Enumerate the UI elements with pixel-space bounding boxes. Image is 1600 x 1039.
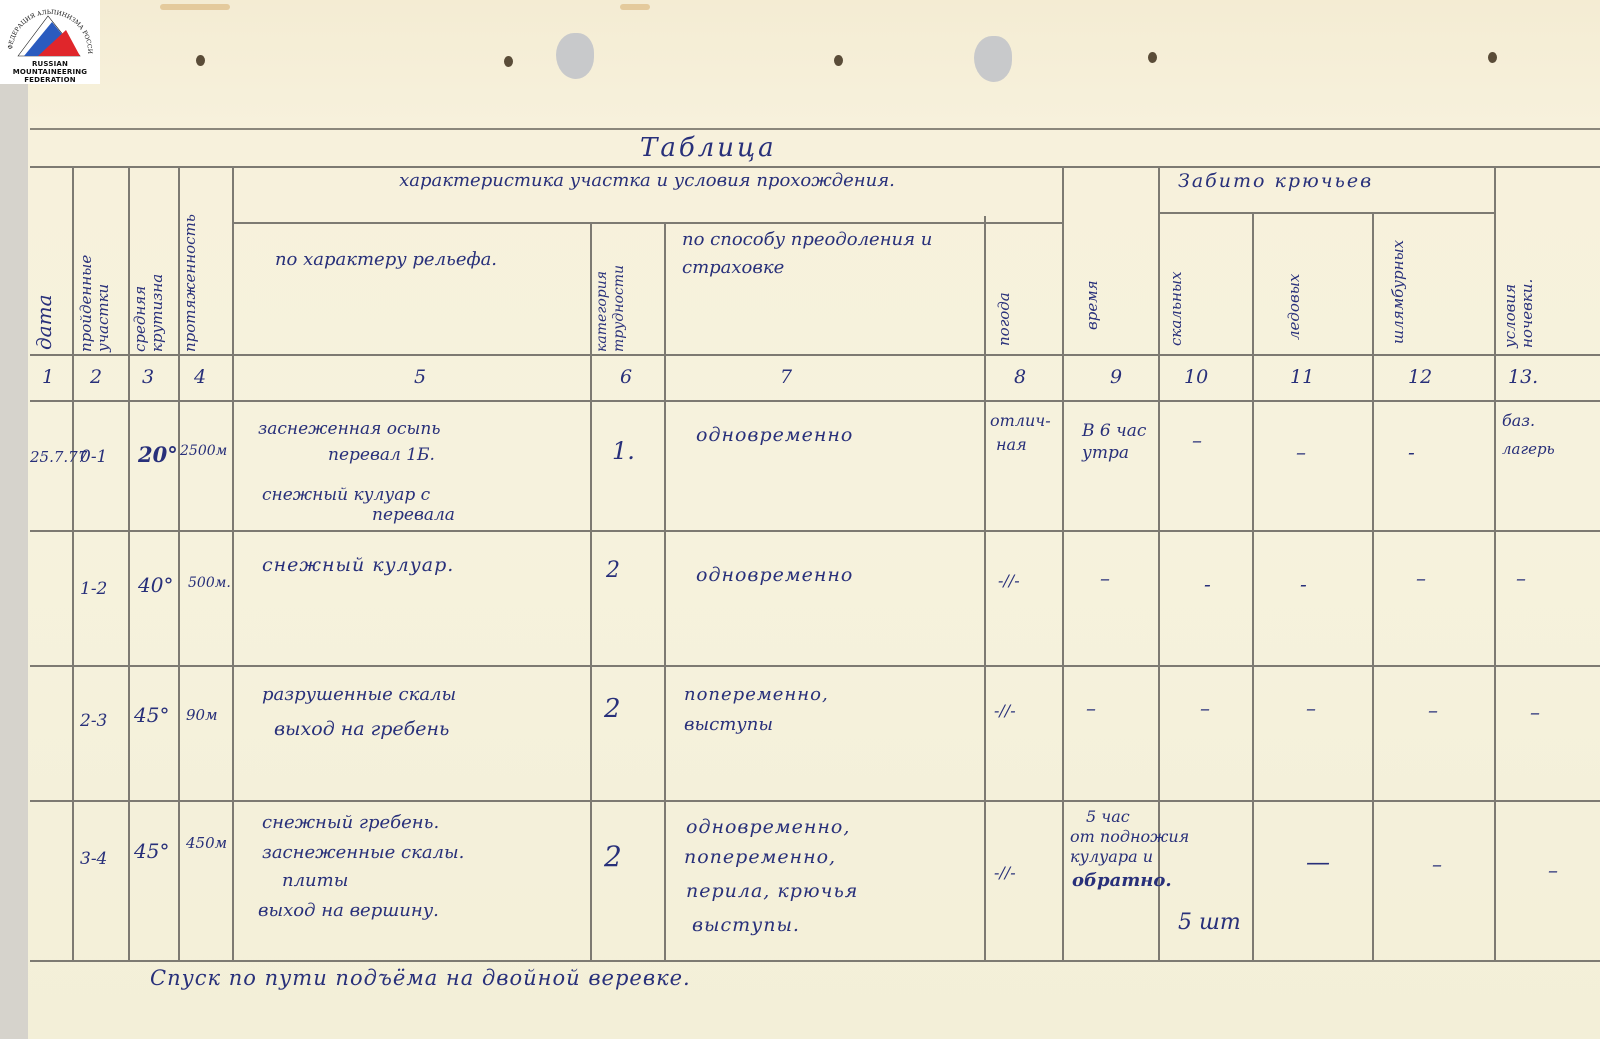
header-steepness: средняя крутизна bbox=[132, 222, 166, 352]
header-sections: пройденные участки bbox=[78, 192, 112, 352]
header-rock-pitons: скальных bbox=[1168, 271, 1185, 346]
table-border bbox=[984, 216, 986, 960]
header-category: категория трудности bbox=[594, 222, 628, 352]
header-weather: погода bbox=[996, 292, 1013, 346]
column-number: 2 bbox=[90, 366, 102, 388]
cell-time: – bbox=[1100, 566, 1110, 590]
cell-length: 2500м bbox=[180, 440, 227, 462]
table-border bbox=[178, 166, 180, 960]
footer-note: Спуск по пути подъёма на двойной веревке… bbox=[150, 966, 691, 990]
table-border bbox=[30, 960, 1600, 962]
punch-hole bbox=[196, 55, 205, 66]
table-border bbox=[1158, 212, 1496, 214]
cell-weather: -//- bbox=[998, 570, 1020, 592]
table-border bbox=[664, 222, 666, 960]
cell-method: одновременно bbox=[696, 424, 853, 446]
table-border bbox=[1062, 166, 1064, 960]
cell-relief: снежный гребень. bbox=[262, 812, 439, 834]
column-number: 1 bbox=[42, 366, 54, 388]
cell-bivouac: лагерь bbox=[1502, 438, 1555, 460]
cell-bolts: - bbox=[1408, 440, 1415, 464]
table-border bbox=[590, 222, 592, 960]
header-relief: по характеру рельефа. bbox=[256, 240, 516, 280]
cell-bivouac: – bbox=[1530, 700, 1540, 724]
column-number: 5 bbox=[414, 366, 426, 388]
table-border bbox=[72, 166, 74, 960]
cell-method: попеременно, bbox=[684, 684, 829, 706]
cell-section: 1-2 bbox=[80, 578, 107, 600]
cell-method: выступы. bbox=[692, 914, 800, 936]
cell-relief: перевала bbox=[372, 504, 455, 526]
header-time: время bbox=[1084, 280, 1101, 330]
header-bolts: шлямбурных bbox=[1390, 224, 1407, 344]
logo-text-line: MOUNTAINEERING bbox=[0, 68, 100, 76]
cell-section: 3-4 bbox=[80, 848, 107, 870]
header-date: дата bbox=[36, 295, 53, 351]
column-number: 9 bbox=[1110, 366, 1122, 388]
cell-time: кулуара и bbox=[1070, 846, 1153, 868]
binder-hole bbox=[974, 36, 1012, 82]
cell-steepness: 40° bbox=[138, 574, 173, 596]
cell-relief: плиты bbox=[282, 870, 348, 892]
cell-method: перила, крючья bbox=[686, 880, 858, 902]
cell-bolts: – bbox=[1416, 566, 1426, 590]
cell-relief: перевал 1Б. bbox=[328, 444, 435, 466]
column-number: 4 bbox=[194, 366, 206, 388]
cell-rock-pitons: – bbox=[1200, 696, 1210, 720]
table-border bbox=[1252, 212, 1254, 960]
table-border bbox=[1494, 166, 1496, 960]
cell-bivouac: баз. bbox=[1502, 410, 1535, 432]
cell-ice-pitons: - bbox=[1300, 572, 1307, 596]
cell-length: 500м. bbox=[188, 572, 231, 594]
table-border bbox=[232, 222, 1062, 224]
cell-steepness: 20° bbox=[138, 444, 178, 466]
table-border bbox=[232, 166, 234, 960]
cell-time: утра bbox=[1082, 442, 1129, 464]
cell-relief: заснеженные скалы. bbox=[262, 842, 464, 864]
cell-relief: снежный кулуар. bbox=[262, 554, 454, 576]
cell-ice-pitons: – bbox=[1296, 440, 1306, 464]
cell-time: от подножия bbox=[1070, 826, 1189, 848]
cell-bivouac: – bbox=[1516, 566, 1526, 590]
cell-bivouac: – bbox=[1548, 858, 1558, 882]
cell-weather: -//- bbox=[994, 700, 1016, 722]
header-length: протяженность bbox=[182, 172, 199, 352]
cell-ice-pitons: — bbox=[1306, 848, 1330, 876]
cell-relief: заснеженная осыпь bbox=[258, 418, 441, 440]
logo-text-line: FEDERATION bbox=[0, 76, 100, 84]
cell-category: 2 bbox=[604, 846, 622, 868]
cell-section: 2-3 bbox=[80, 710, 107, 732]
header-bivouac: условия ночевки. bbox=[1502, 228, 1536, 348]
table-border bbox=[30, 166, 1600, 168]
cell-relief: разрушенные скалы bbox=[262, 684, 456, 706]
cell-category: 2 bbox=[606, 560, 620, 582]
paper-stain bbox=[160, 4, 230, 10]
table-border bbox=[1372, 212, 1374, 960]
column-number: 12 bbox=[1408, 366, 1432, 388]
column-number: 8 bbox=[1014, 366, 1026, 388]
column-number: 11 bbox=[1290, 366, 1314, 388]
column-number: 7 bbox=[780, 366, 792, 388]
paper-stain bbox=[620, 4, 650, 10]
header-method: по способу преодоления и страховке bbox=[682, 226, 972, 282]
mountain-flag-icon: ФЕДЕРАЦИЯ АЛЬПИНИЗМА РОССИИ bbox=[0, 0, 100, 60]
table-border bbox=[30, 530, 1600, 532]
header-ice-pitons: ледовых bbox=[1286, 274, 1303, 340]
cell-ice-pitons: – bbox=[1306, 696, 1316, 720]
cell-method: попеременно, bbox=[684, 846, 836, 868]
cell-weather: отлич- bbox=[990, 410, 1051, 432]
punch-hole bbox=[504, 56, 513, 67]
ruled-line bbox=[30, 128, 1600, 130]
cell-relief: снежный кулуар с bbox=[262, 484, 430, 506]
document-title: Таблица bbox=[640, 133, 777, 163]
cell-steepness: 45° bbox=[134, 704, 169, 726]
punch-hole bbox=[834, 55, 843, 66]
cell-method: одновременно bbox=[696, 564, 853, 586]
cell-rock-pitons: 5 шт bbox=[1178, 912, 1241, 934]
logo-text-line: RUSSIAN bbox=[0, 60, 100, 68]
column-number: 3 bbox=[142, 366, 154, 388]
column-number: 10 bbox=[1184, 366, 1208, 388]
cell-rock-pitons: – bbox=[1192, 428, 1202, 452]
punch-hole bbox=[1148, 52, 1157, 63]
cell-bolts: – bbox=[1428, 698, 1438, 722]
cell-steepness: 45° bbox=[134, 840, 169, 862]
cell-length: 450м bbox=[186, 832, 227, 854]
cell-weather: ная bbox=[996, 434, 1027, 456]
cell-time: – bbox=[1086, 696, 1096, 720]
cell-relief: выход на вершину. bbox=[258, 900, 439, 922]
cell-method: выступы bbox=[684, 714, 773, 736]
cell-time: 5 час bbox=[1086, 806, 1130, 828]
cell-section: 0-1 bbox=[80, 446, 107, 468]
cell-weather: -//- bbox=[994, 862, 1016, 884]
cell-bolts: – bbox=[1432, 852, 1442, 876]
table-border bbox=[30, 800, 1600, 802]
cell-category: 1. bbox=[612, 440, 635, 462]
table-border bbox=[30, 354, 1600, 356]
column-number: 13. bbox=[1508, 366, 1538, 388]
binder-hole bbox=[556, 33, 594, 79]
header-group-pitons: Забито крючьев bbox=[1178, 170, 1373, 192]
table-border bbox=[128, 166, 130, 960]
table-border bbox=[30, 400, 1600, 402]
cell-length: 90м bbox=[186, 704, 218, 726]
cell-date: 25.7.77 bbox=[30, 446, 87, 468]
header-group-characteristics: характеристика участка и условия прохожд… bbox=[252, 170, 1042, 192]
rmf-logo: ФЕДЕРАЦИЯ АЛЬПИНИЗМА РОССИИ RUSSIAN MOUN… bbox=[0, 0, 100, 84]
cell-time: В 6 час bbox=[1082, 420, 1146, 442]
punch-hole bbox=[1488, 52, 1497, 63]
column-number: 6 bbox=[620, 366, 632, 388]
cell-relief: выход на гребень bbox=[274, 718, 449, 740]
cell-time: обратно. bbox=[1072, 870, 1172, 892]
table-border bbox=[30, 665, 1600, 667]
cell-rock-pitons: - bbox=[1204, 572, 1211, 596]
cell-method: одновременно, bbox=[686, 816, 850, 838]
cell-category: 2 bbox=[604, 698, 621, 720]
